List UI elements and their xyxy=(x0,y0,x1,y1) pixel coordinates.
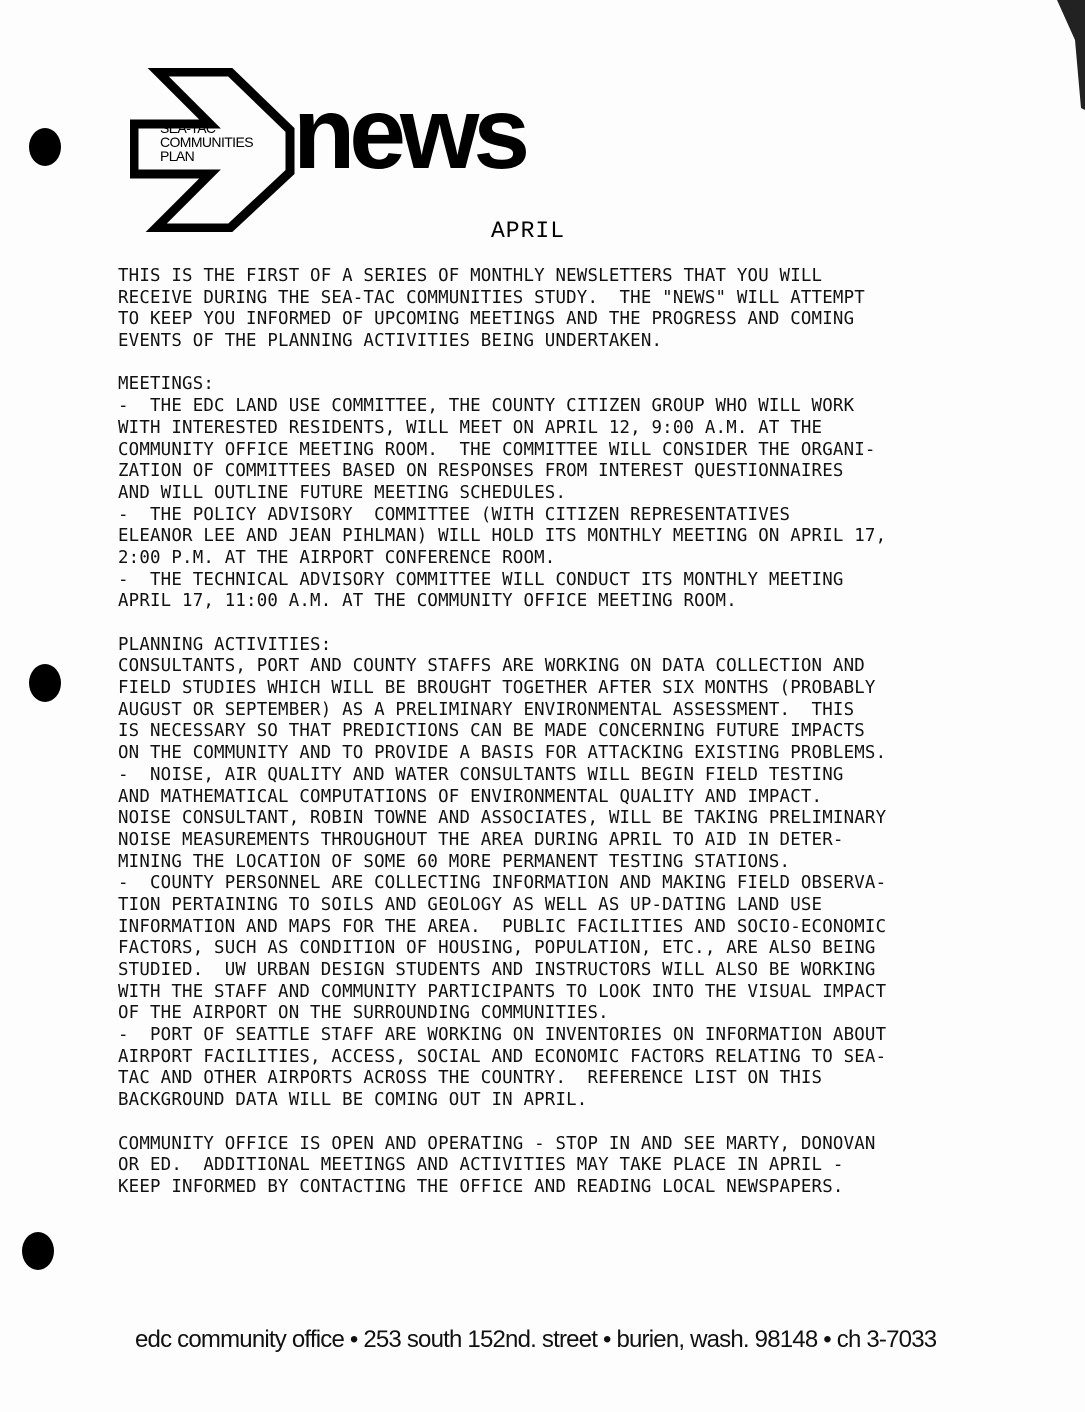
text-line: - COUNTY PERSONNEL ARE COLLECTING INFORM… xyxy=(118,873,1058,895)
text-line: AUGUST OR SEPTEMBER) AS A PRELIMINARY EN… xyxy=(118,700,1058,722)
text-line: MINING THE LOCATION OF SOME 60 MORE PERM… xyxy=(118,852,1058,874)
text-line: - PORT OF SEATTLE STAFF ARE WORKING ON I… xyxy=(118,1025,1058,1047)
planning-section: CONSULTANTS, PORT AND COUNTY STAFFS ARE … xyxy=(118,656,1058,1111)
meetings-section: - THE EDC LAND USE COMMITTEE, THE COUNTY… xyxy=(118,396,1058,613)
office-paragraph: COMMUNITY OFFICE IS OPEN AND OPERATING -… xyxy=(118,1134,1058,1199)
text-line: EVENTS OF THE PLANNING ACTIVITIES BEING … xyxy=(118,331,1058,353)
text-line: 2:00 P.M. AT THE AIRPORT CONFERENCE ROOM… xyxy=(118,548,1058,570)
text-line: STUDIED. UW URBAN DESIGN STUDENTS AND IN… xyxy=(118,960,1058,982)
page-corner-mark xyxy=(1055,0,1085,110)
text-line: NOISE CONSULTANT, ROBIN TOWNE AND ASSOCI… xyxy=(118,808,1058,830)
text-line: ZATION OF COMMITTEES BASED ON RESPONSES … xyxy=(118,461,1058,483)
meetings-heading: MEETINGS: xyxy=(118,374,1058,396)
punch-hole xyxy=(22,1232,54,1270)
text-line: FIELD STUDIES WHICH WILL BE BROUGHT TOGE… xyxy=(118,678,1058,700)
text-line: KEEP INFORMED BY CONTACTING THE OFFICE A… xyxy=(118,1177,1058,1199)
text-line: WITH INTERESTED RESIDENTS, WILL MEET ON … xyxy=(118,418,1058,440)
text-line: FACTORS, SUCH AS CONDITION OF HOUSING, P… xyxy=(118,938,1058,960)
text-line: ON THE COMMUNITY AND TO PROVIDE A BASIS … xyxy=(118,743,1058,765)
text-line: - THE POLICY ADVISORY COMMITTEE (WITH CI… xyxy=(118,505,1058,527)
text-line: TAC AND OTHER AIRPORTS ACROSS THE COUNTR… xyxy=(118,1068,1058,1090)
logo-text: SEA-TAC COMMUNITIES PLAN xyxy=(160,121,253,163)
text-line: INFORMATION AND MAPS FOR THE AREA. PUBLI… xyxy=(118,917,1058,939)
text-line: IS NECESSARY SO THAT PREDICTIONS CAN BE … xyxy=(118,721,1058,743)
newsletter-body: THIS IS THE FIRST OF A SERIES OF MONTHLY… xyxy=(118,266,1058,1199)
logo-line: SEA-TAC xyxy=(160,121,253,135)
text-line: NOISE MEASUREMENTS THROUGHOUT THE AREA D… xyxy=(118,830,1058,852)
text-line: OR ED. ADDITIONAL MEETINGS AND ACTIVITIE… xyxy=(118,1155,1058,1177)
punch-hole xyxy=(29,128,61,166)
text-line: APRIL 17, 11:00 A.M. AT THE COMMUNITY OF… xyxy=(118,591,1058,613)
text-line: RECEIVE DURING THE SEA-TAC COMMUNITIES S… xyxy=(118,288,1058,310)
text-line: AIRPORT FACILITIES, ACCESS, SOCIAL AND E… xyxy=(118,1047,1058,1069)
logo-line: COMMUNITIES xyxy=(160,135,253,149)
planning-heading: PLANNING ACTIVITIES: xyxy=(118,635,1058,657)
text-line: AND MATHEMATICAL COMPUTATIONS OF ENVIRON… xyxy=(118,787,1058,809)
text-line: AND WILL OUTLINE FUTURE MEETING SCHEDULE… xyxy=(118,483,1058,505)
logo-line: PLAN xyxy=(160,149,253,163)
intro-paragraph: THIS IS THE FIRST OF A SERIES OF MONTHLY… xyxy=(118,266,1058,353)
text-line: COMMUNITY OFFICE IS OPEN AND OPERATING -… xyxy=(118,1134,1058,1156)
punch-hole xyxy=(29,664,61,702)
text-line: COMMUNITY OFFICE MEETING ROOM. THE COMMI… xyxy=(118,440,1058,462)
text-line: - THE EDC LAND USE COMMITTEE, THE COUNTY… xyxy=(118,396,1058,418)
news-wordmark: news xyxy=(293,78,524,188)
footer-address: edc community office • 253 south 152nd. … xyxy=(135,1326,936,1354)
text-line: ELEANOR LEE AND JEAN PIHLMAN) WILL HOLD … xyxy=(118,526,1058,548)
text-line: - THE TECHNICAL ADVISORY COMMITTEE WILL … xyxy=(118,570,1058,592)
text-line: WITH THE STAFF AND COMMUNITY PARTICIPANT… xyxy=(118,982,1058,1004)
text-line: BACKGROUND DATA WILL BE COMING OUT IN AP… xyxy=(118,1090,1058,1112)
text-line: TION PERTAINING TO SOILS AND GEOLOGY AS … xyxy=(118,895,1058,917)
newsletter-page: SEA-TAC COMMUNITIES PLAN news APRIL THIS… xyxy=(0,0,1085,1412)
text-line: THIS IS THE FIRST OF A SERIES OF MONTHLY… xyxy=(118,266,1058,288)
text-line: TO KEEP YOU INFORMED OF UPCOMING MEETING… xyxy=(118,309,1058,331)
text-line: - NOISE, AIR QUALITY AND WATER CONSULTAN… xyxy=(118,765,1058,787)
issue-month: APRIL xyxy=(491,218,565,244)
text-line: OF THE AIRPORT ON THE SURROUNDING COMMUN… xyxy=(118,1003,1058,1025)
text-line: CONSULTANTS, PORT AND COUNTY STAFFS ARE … xyxy=(118,656,1058,678)
